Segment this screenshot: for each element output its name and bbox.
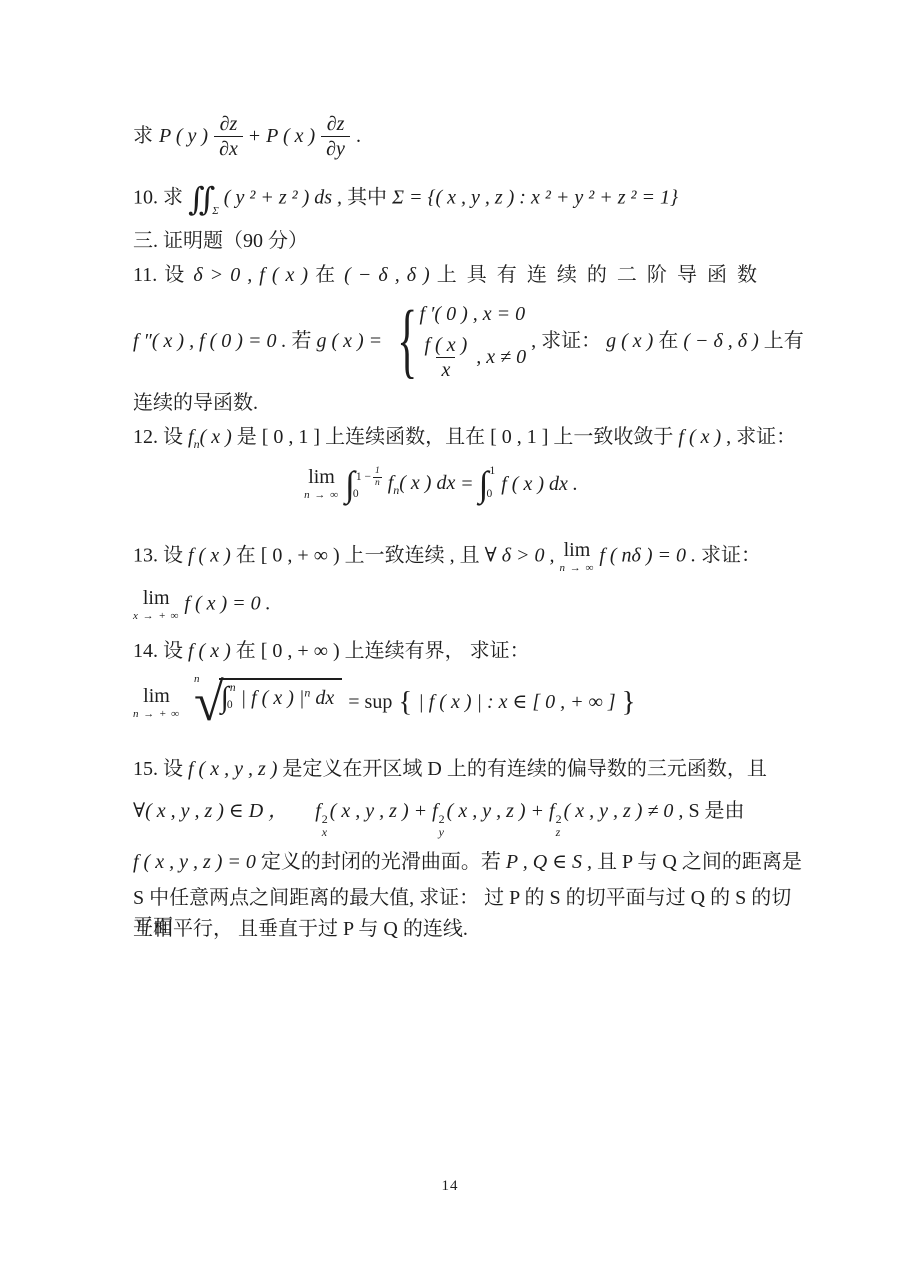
integral-one: ∫ 1 − 1 n 0 — [345, 466, 382, 502]
f-over-x-fraction: f ( x ) x — [420, 333, 473, 382]
fraction-denominator: ∂y — [321, 136, 350, 161]
term-argument: ( x , y , z ) + — [330, 800, 427, 822]
one-over-n-fraction: 1 n — [373, 466, 382, 489]
q15-parallel-text: 互相平行， 且垂直于过 P 与 Q 的连线. — [133, 918, 468, 940]
q15-pq-in-s: P , Q ∈ S , — [506, 851, 592, 873]
exam-document-page: 求 P ( y ) ∂z ∂x + P ( x ) ∂z ∂y . 10. 求 … — [0, 0, 900, 1272]
piecewise-cases-block: { f ′( 0 ) , x = 0 f ( x ) x , x ≠ 0 — [387, 300, 526, 382]
q13-conclusion: f ( x ) = 0 . — [184, 593, 270, 615]
tiny-numerator: 1 — [375, 466, 380, 477]
q11-delta-condition: δ > 0 , f ( x ) — [193, 264, 308, 286]
stack-sub: z — [556, 826, 561, 839]
f-symbol: f — [549, 800, 555, 822]
q15-f-xyz: f ( x , y , z ) — [188, 758, 277, 780]
q13-forall-delta: ∀ δ > 0 , — [485, 545, 555, 567]
question-14-line-1: 14. 设 f ( x ) 在 [ 0 , + ∞ ) 上连续有界， 求证： — [133, 637, 805, 666]
q13-zai-text: 在 — [236, 545, 256, 567]
partial-z-partial-y-fraction: ∂z ∂y — [321, 112, 350, 161]
q11-interval-2: ( − δ , δ ) — [683, 327, 758, 356]
limit-operator: lim n → ∞ — [304, 467, 339, 501]
nth-root-block: n √ ∫ n 0 | f ( x ) |n dx — [194, 678, 342, 728]
q12-f-of-x: f ( x ) — [678, 426, 721, 448]
q11-continuity-text: 上具有连续的二阶导函数 — [437, 264, 765, 286]
upper-limit: 1 − 1 n — [356, 466, 382, 489]
period: . — [356, 122, 361, 151]
tiny-denominator: n — [373, 477, 382, 489]
question-15-line-2: ∀( x , y , z ) ∈ D ， f2x( x , y , z ) + … — [133, 797, 805, 838]
section-title: 三. 证明题（90 分） — [133, 230, 308, 252]
stack-sup: 2 — [439, 813, 445, 826]
sub-z-sup-2: 2z — [556, 813, 562, 838]
q15-distance-text: 且 P 与 Q 之间的距离是 — [597, 851, 802, 873]
question-14-formula: lim n → + ∞ n √ ∫ n 0 | f ( x ) |n dx = … — [133, 678, 805, 728]
q10-sphere-set: Σ = {( x , y , z ) : x ² + y ² + z ² = 1… — [392, 187, 678, 209]
stack-sup: 2 — [556, 813, 562, 826]
q10-qizhong-text: 其中 — [347, 187, 387, 209]
question-12-line-1: 12. 设 fn( x ) 是 [ 0 , 1 ] 上连续函数，且在 [ 0 ,… — [133, 423, 805, 453]
q14-zai-text: 在 — [236, 640, 256, 662]
lim-word: lim — [143, 686, 170, 706]
lim-word: lim — [308, 467, 335, 487]
f-symbol: f — [432, 800, 438, 822]
q12-integrand-one: fn( x ) dx — [388, 469, 456, 499]
limit-operator: lim n → + ∞ — [133, 686, 180, 720]
limit-operator: lim n → ∞ — [560, 540, 595, 574]
page-number-value: 14 — [442, 1178, 459, 1194]
question-11-number: 11. 设 — [133, 264, 186, 286]
left-curly-brace: { — [397, 305, 417, 376]
q11-interval: ( − δ , δ ) — [344, 264, 430, 286]
lower-limit: 0 — [227, 700, 236, 712]
intro-qiu-text: 求 — [133, 122, 153, 151]
equals-sign: = — [461, 470, 472, 499]
q15-forall-condition: ∀( x , y , z ) ∈ D ， — [133, 800, 288, 822]
q15-fy-squared-term: f2y( x , y , z ) + — [432, 800, 544, 822]
plus-sign: + — [249, 122, 260, 151]
intro-p-of-x: P ( x ) — [266, 122, 315, 151]
q11-g-conclusion: g ( x ) — [606, 327, 653, 356]
q14-equals-sup: = sup — [348, 688, 392, 717]
lower-limit: 0 — [353, 489, 382, 501]
question-11-line-3: 连续的导函数. — [133, 389, 805, 418]
q13-interval: [ 0 , + ∞ ) — [261, 545, 340, 567]
q11-zai-text: 在 — [315, 264, 337, 286]
f-symbol: f — [315, 800, 321, 822]
lim-subscript: n → ∞ — [304, 490, 339, 501]
question-15-line-5: 互相平行， 且垂直于过 P 与 Q 的连线. — [133, 915, 805, 944]
power-n: n — [304, 685, 310, 699]
case-row-1: f ′( 0 ) , x = 0 — [420, 300, 527, 329]
partial-z-partial-x-fraction: ∂z ∂x — [214, 112, 243, 161]
stack-sup: 2 — [322, 813, 328, 826]
q12-integrand-two: f ( x ) dx . — [501, 470, 578, 499]
q13-f-of-x: f ( x ) — [188, 545, 231, 567]
q10-integrand: ( y ² + z ² ) ds , — [224, 187, 342, 209]
root-index: n — [194, 672, 200, 688]
integral-two: ∫ 1 0 — [479, 466, 496, 502]
question-11-line-1: 11. 设 δ > 0 , f ( x ) 在 ( − δ , δ ) 上具有连… — [133, 261, 765, 290]
q14-f-of-x: f ( x ) — [188, 640, 231, 662]
q15-s-shiyou-text: S 是由 — [688, 800, 744, 822]
q15-fx-squared-term: f2x( x , y , z ) + — [315, 800, 427, 822]
integral: ∫ n 0 — [221, 683, 236, 713]
cases-rows: f ′( 0 ) , x = 0 f ( x ) x , x ≠ 0 — [420, 300, 527, 382]
lim-subscript: x → + ∞ — [133, 611, 179, 622]
upper-limit-text: 1 − — [356, 472, 371, 484]
term-argument: ( x , y , z ) + — [447, 800, 544, 822]
stack-sub: x — [322, 826, 327, 839]
section-three-heading: 三. 证明题（90 分） — [133, 227, 805, 256]
right-curly-brace: } — [622, 688, 636, 717]
left-curly-brace: { — [398, 688, 412, 717]
q13-f-n-delta: f ( nδ ) = 0 . — [599, 545, 696, 567]
q14-interval: [ 0 , + ∞ ) — [261, 640, 340, 662]
question-14-number: 14. 设 — [133, 640, 183, 662]
q11-closing-text: 连续的导函数. — [133, 392, 258, 414]
question-15-line-3: f ( x , y , z ) = 0 定义的封闭的光滑曲面。若 P , Q ∈… — [133, 848, 805, 877]
abs-f-of-x: | f ( x ) | — [241, 687, 305, 709]
question-15-line-1: 15. 设 f ( x , y , z ) 是定义在开区域 D 上的有连续的偏导… — [133, 755, 805, 784]
fraction-denominator: x — [436, 357, 455, 382]
lim-subscript: n → + ∞ — [133, 709, 180, 720]
fraction-numerator: ∂z — [215, 112, 243, 136]
q12-fn-argument: ( x ) — [200, 426, 232, 448]
q11-shangyou-text: 上有 — [764, 327, 804, 356]
question-12-formula: lim n → ∞ ∫ 1 − 1 n 0 fn( x ) dx = ∫ 1 — [105, 466, 777, 502]
q11-second-derivative: f ″( x ) , f ( 0 ) = 0 . — [133, 327, 286, 356]
q15-surface-text: 定义的封闭的光滑曲面。若 — [261, 851, 501, 873]
integral-limits: n 0 — [229, 683, 236, 713]
lim-word: lim — [143, 588, 170, 608]
q12-qiuzheng-text: , 求证： — [726, 426, 796, 448]
stack-sub: y — [439, 826, 444, 839]
radicand: ∫ n 0 | f ( x ) |n dx — [219, 678, 343, 713]
intro-p-of-y: P ( y ) — [159, 122, 208, 151]
question-11-formula-line: f ″( x ) , f ( 0 ) = 0 . 若 g ( x ) = { f… — [133, 300, 805, 382]
question-12-number: 12. 设 — [133, 426, 183, 448]
upper-limit: n — [230, 683, 236, 695]
fraction-denominator: ∂x — [214, 136, 243, 161]
question-10-line: 10. 求 ∬Σ ( y ² + z ² ) ds , 其中 Σ = {( x … — [133, 183, 805, 220]
dx-differential: dx — [315, 684, 334, 713]
question-15-number: 15. 设 — [133, 758, 183, 780]
double-integral-subscript: Σ — [212, 205, 219, 217]
q14-sup-set-body: | f ( x ) | : x ∈ [ 0 , + ∞ ] — [418, 688, 615, 717]
intro-formula-line: 求 P ( y ) ∂z ∂x + P ( x ) ∂z ∂y . — [133, 112, 805, 161]
integral-limits: 1 0 — [489, 466, 496, 502]
case-row-2: f ( x ) x , x ≠ 0 — [420, 333, 527, 382]
q11-g-of-x: g ( x ) = — [316, 327, 382, 356]
q15-domain-text: 是定义在开区域 D 上的有连续的偏导数的三元函数，且 — [282, 758, 766, 780]
q12-convergence-text: 是 [ 0 , 1 ] 上连续函数，且在 [ 0 , 1 ] 上一致收敛于 — [237, 426, 674, 448]
q11-zai-text-2: 在 — [658, 327, 678, 356]
lower-limit: 0 — [487, 489, 496, 501]
q14-integrand: | f ( x ) |n — [241, 684, 311, 713]
question-10-number: 10. 求 — [133, 187, 183, 209]
lim-word: lim — [564, 540, 591, 560]
q13-qiuzheng-text: 求证： — [701, 545, 761, 567]
q15-fz-squared-term: f2z( x , y , z ) ≠ 0 , — [549, 800, 683, 822]
integral-limits: 1 − 1 n 0 — [355, 466, 382, 502]
case-2-condition: , x ≠ 0 — [476, 343, 526, 372]
q11-ruo-text: 若 — [291, 327, 311, 356]
question-13-number: 13. 设 — [133, 545, 183, 567]
f-argument: ( x ) dx — [399, 472, 455, 494]
q14-bounded-text: 上连续有界， 求证： — [345, 640, 530, 662]
question-13-line-2: lim x → + ∞ f ( x ) = 0 . — [133, 588, 805, 622]
upper-limit: 1 — [490, 466, 496, 478]
lim-subscript: n → ∞ — [560, 563, 595, 574]
q15-surface-equation: f ( x , y , z ) = 0 — [133, 851, 256, 873]
fraction-numerator: f ( x ) — [420, 333, 473, 357]
fraction-numerator: ∂z — [322, 112, 350, 136]
q13-uniform-text: 上一致连续 , 且 — [345, 545, 480, 567]
term-argument: ( x , y , z ) ≠ 0 , — [564, 800, 684, 822]
page-number: 14 — [0, 1178, 900, 1195]
limit-operator: lim x → + ∞ — [133, 588, 179, 622]
sub-x-sup-2: 2x — [322, 813, 328, 838]
sub-y-sup-2: 2y — [439, 813, 445, 838]
question-13-line-1: 13. 设 f ( x ) 在 [ 0 , + ∞ ) 上一致连续 , 且 ∀ … — [133, 540, 805, 574]
q11-qiuzheng-text: , 求证： — [531, 327, 601, 356]
